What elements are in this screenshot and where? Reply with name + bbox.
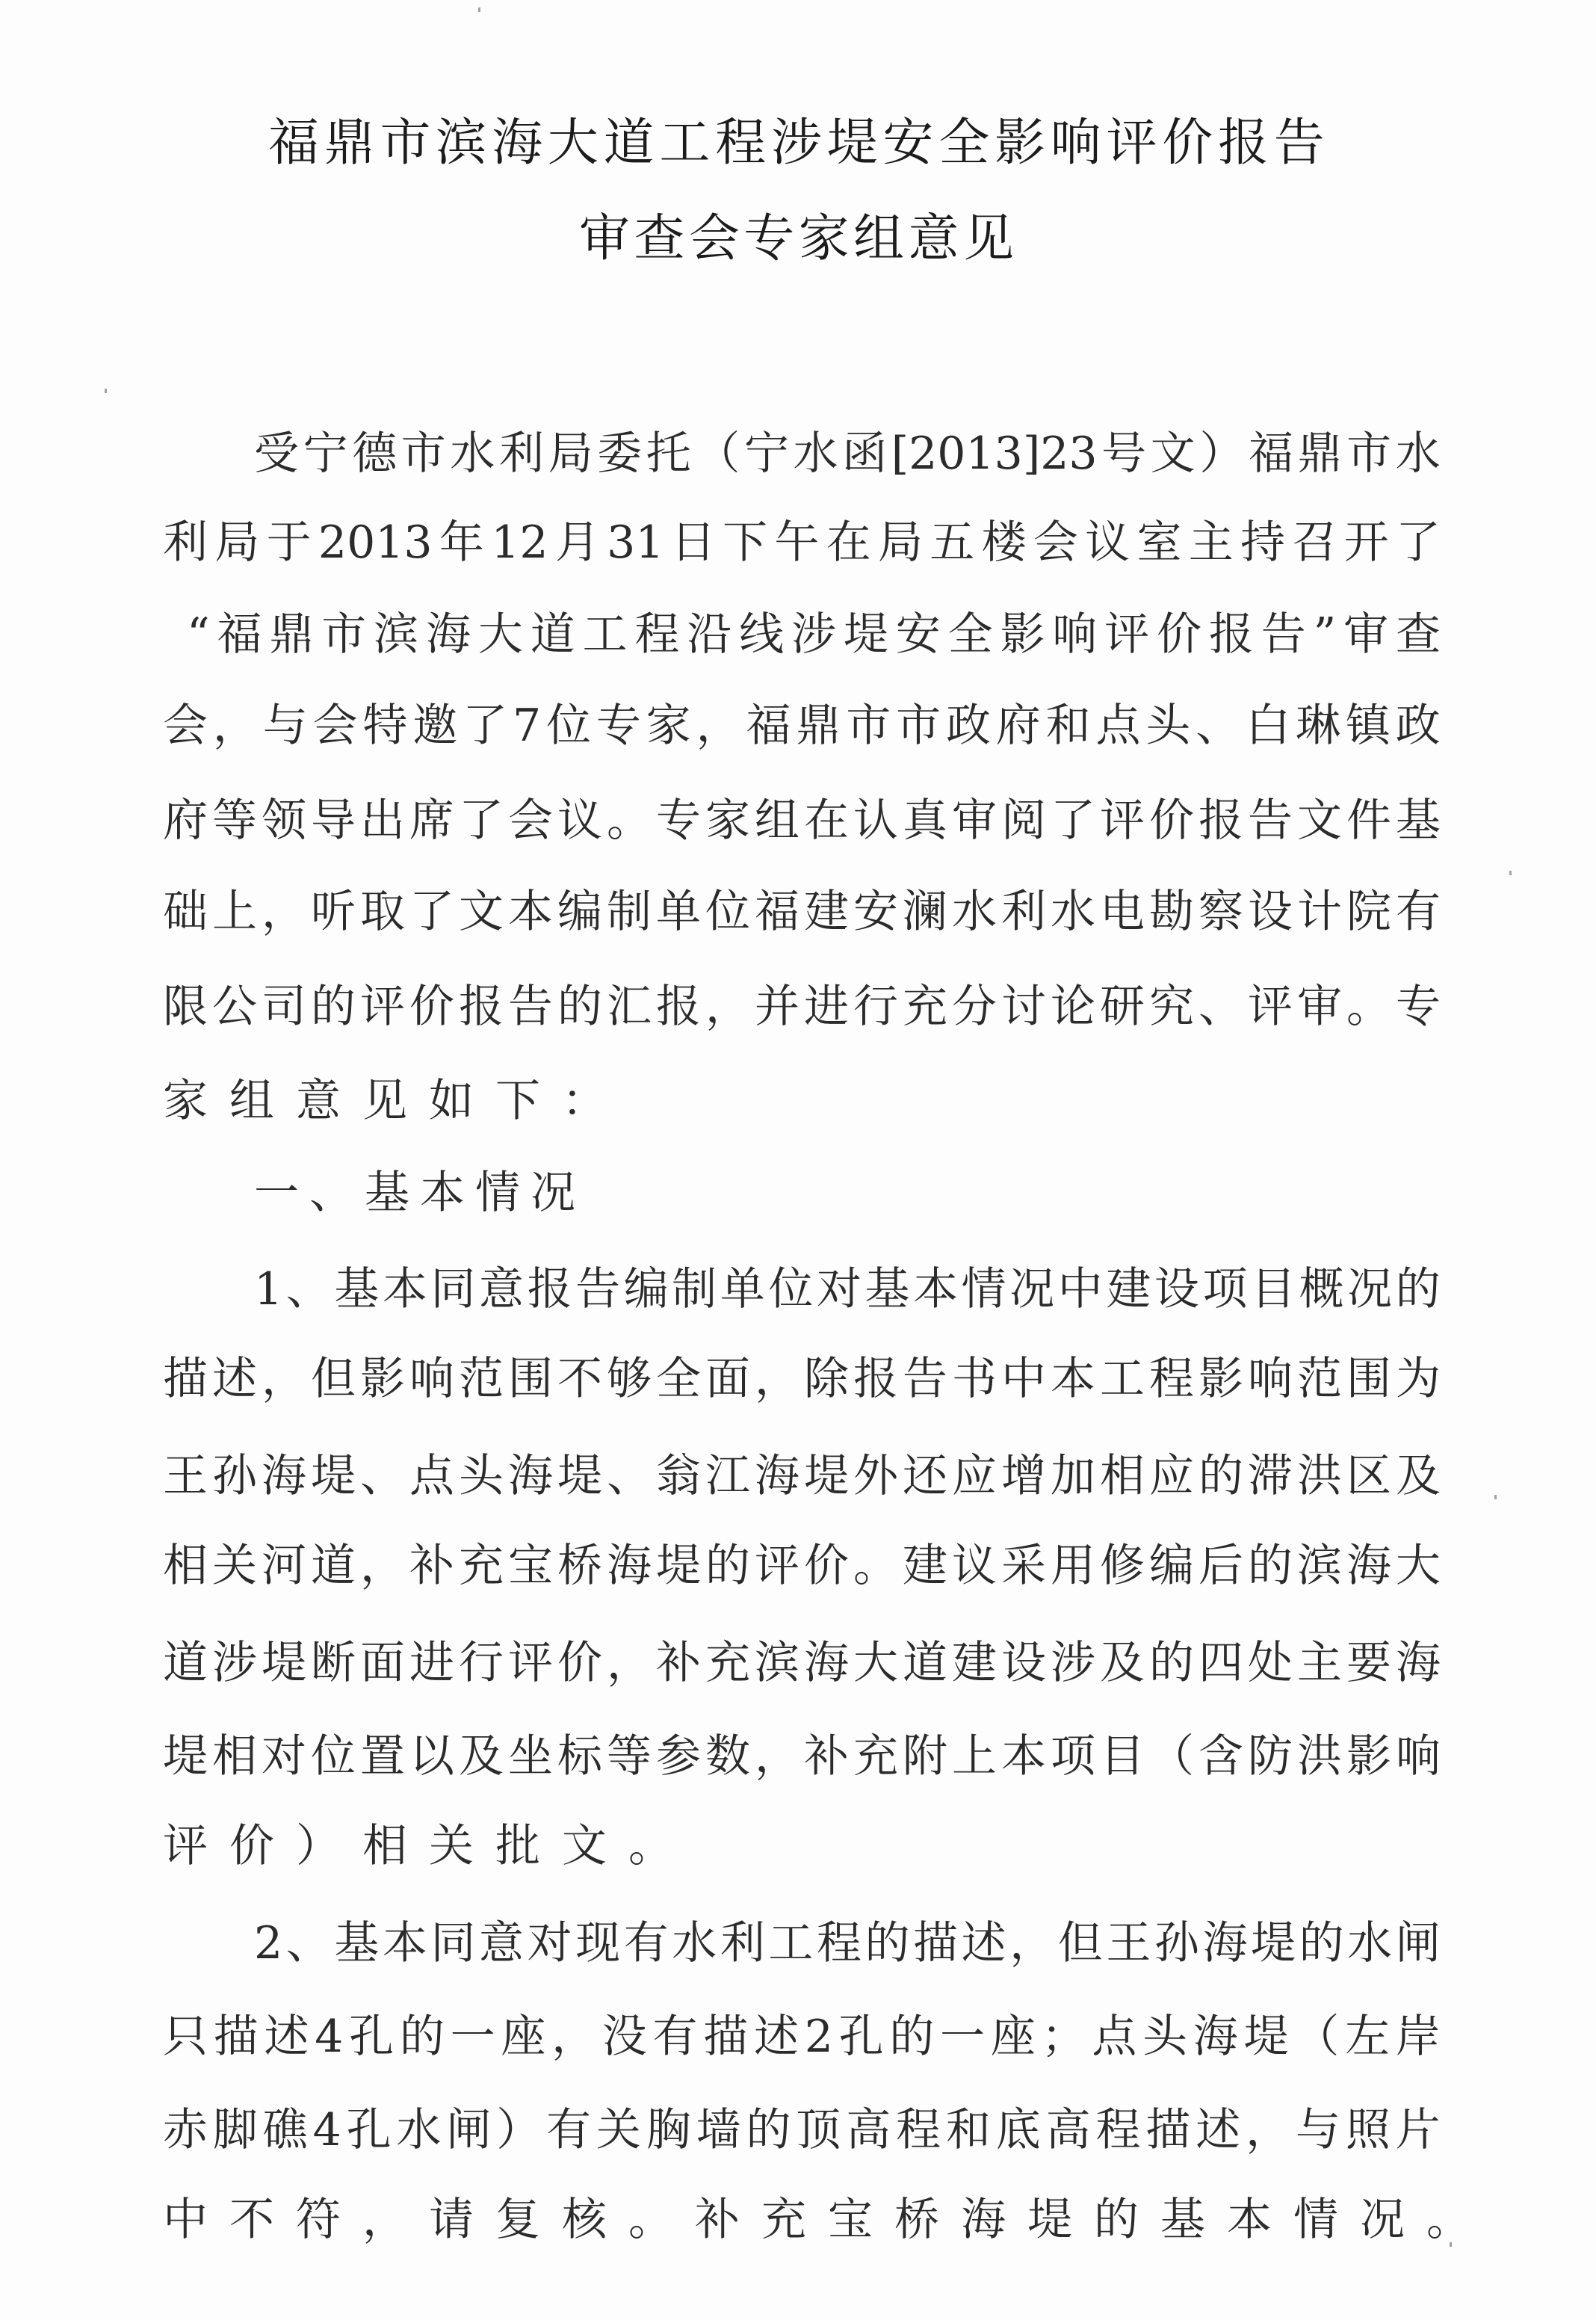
paragraph-line: 王孙海堤、点头海堤、翁江海堤外还应增加相应的滞洪区及 xyxy=(163,1446,1441,1506)
scan-speck xyxy=(478,7,480,12)
section-heading: 一、基本情况 xyxy=(254,1163,586,1223)
paragraph-line: 家组意见如下： xyxy=(163,1071,1441,1131)
paragraph-line: 2、基本同意对现有水利工程的描述，但王孙海堤的水闸 xyxy=(254,1913,1441,1973)
document-title-line2: 审查会专家组意见 xyxy=(0,209,1596,269)
paragraph-line: “福鼎市滨海大道工程沿线涉堤安全影响评价报告”审查 xyxy=(187,605,1441,664)
paragraph-line: 只描述4孔的一座，没有描述2孔的一座；点头海堤（左岸 xyxy=(163,2007,1441,2067)
paragraph-line: 相关河道，补充宝桥海堤的评价。建议采用修编后的滨海大 xyxy=(163,1536,1441,1596)
scan-speck xyxy=(1494,1495,1497,1499)
paragraph-line: 1、基本同意报告编制单位对基本情况中建设项目概况的 xyxy=(254,1259,1441,1319)
paragraph-line: 中不符，请复核。补充宝桥海堤的基本情况。 xyxy=(163,2190,1441,2250)
paragraph-line: 础上，听取了文本编制单位福建安澜水利水电勘察设计院有 xyxy=(163,882,1441,942)
subtitle-text: 审查会专家组意见 xyxy=(579,209,1017,269)
paragraph-line: 会，与会特邀了7位专家，福鼎市市政府和点头、白琳镇政 xyxy=(163,696,1441,756)
paragraph-line: 限公司的评价报告的汇报，并进行充分讨论研究、评审。专 xyxy=(163,977,1441,1037)
paragraph-line: 利局于2013年12月31日下午在局五楼会议室主持召开了 xyxy=(163,513,1441,573)
paragraph-line: 赤脚礁4孔水闸）有关胸墙的顶高程和底高程描述，与照片 xyxy=(163,2100,1441,2160)
paragraph-line: 道涉堤断面进行评价，补充滨海大道建设涉及的四处主要海 xyxy=(163,1633,1441,1693)
paragraph-line: 堤相对位置以及坐标等参数，补充附上本项目（含防洪影响 xyxy=(163,1727,1441,1786)
paragraph-line: 受宁德市水利局委托（宁水函[2013]23号文）福鼎市水 xyxy=(254,424,1441,484)
scan-speck xyxy=(1450,2242,1452,2247)
document-title-line1: 福鼎市滨海大道工程涉堤安全影响评价报告 xyxy=(0,114,1596,173)
paragraph-line: 描述，但影响范围不够全面，除报告书中本工程影响范围为 xyxy=(163,1349,1441,1409)
paragraph-line: 评价）相关批文。 xyxy=(163,1816,1441,1876)
paragraph-line: 府等领导出席了会议。专家组在认真审阅了评价报告文件基 xyxy=(163,791,1441,851)
scan-speck xyxy=(105,389,107,393)
scan-speck xyxy=(1509,871,1512,875)
title-text: 福鼎市滨海大道工程涉堤安全影响评价报告 xyxy=(268,114,1328,173)
